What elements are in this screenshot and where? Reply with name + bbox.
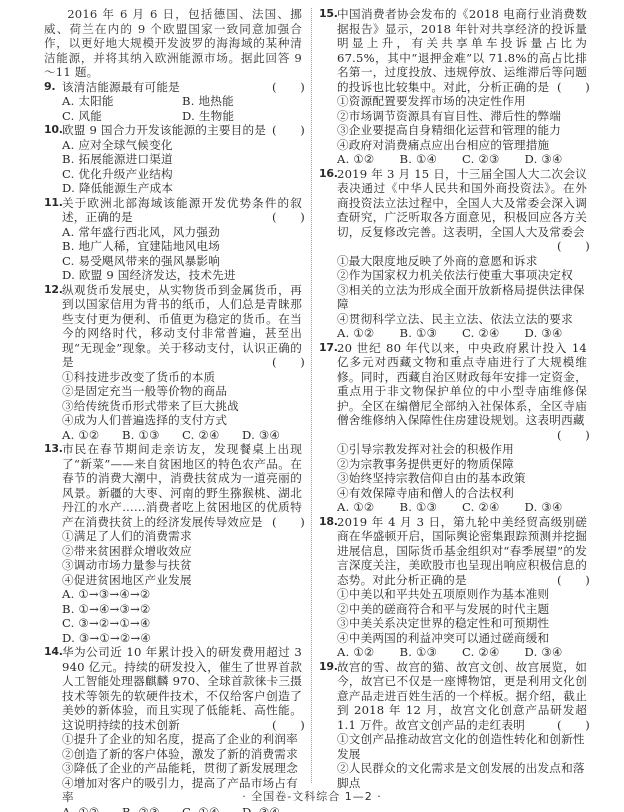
- option-a: A. 应对全球气候变化: [62, 138, 302, 153]
- option-a: A. 常年盛行西北风，风力强劲: [62, 225, 302, 240]
- statement-2: ②是固定充当一般等价物的商品: [62, 384, 302, 399]
- statement-2: ②为宗教事务提供更好的物质保障: [337, 457, 587, 472]
- statement-2: ②创造了新的客户体验，激发了新的消费需求: [62, 747, 302, 762]
- option-c: C. ①④: [182, 805, 242, 812]
- option-d: D. ③④: [525, 152, 588, 167]
- statement-1: ①中美以和平共处五项原则作为基本准则: [337, 587, 587, 602]
- option-c: C. 易受飓风带来的强风暴影响: [62, 254, 302, 269]
- option-b: B. ①④: [400, 152, 463, 167]
- statement-2: ②中美的磋商符合和平与发展的时代主题: [337, 602, 587, 617]
- option-b: B. 地广人稀，宜建陆地风电场: [62, 239, 302, 254]
- option-b: B. ①③: [400, 326, 463, 341]
- stem-text: 中国消费者协会发布的《2018 电商行业消费数据报告》显示，2018 年针对共享…: [337, 7, 587, 94]
- stem-text: 2019 年 3 月 15 日，十三届全国人大二次会议表决通过《中华人民共和国外…: [337, 167, 587, 239]
- page-footer: · 全国卷-文科综合 1—2 ·: [0, 788, 624, 804]
- stem-text: 华为公司近 10 年累计投入的研发费用超过 3 940 亿元。持续的研发投入，催…: [62, 645, 302, 732]
- option-d: D. 欧盟 9 国经济发达，技术先进: [62, 268, 302, 283]
- statement-1: ①资源配置要发挥市场的决定性作用: [337, 94, 587, 109]
- answer-blank: ( ): [557, 80, 587, 95]
- statement-4: ④中美两国的利益冲突可以通过磋商缓和: [337, 631, 587, 646]
- answer-blank: ( ): [272, 123, 302, 138]
- answer-blank: ( ): [557, 239, 587, 254]
- option-a: A. ①②: [337, 500, 400, 515]
- question-10: 10. 欧盟 9 国合力开发该能源的主要目的是( ) A. 应对全球气候变化 B…: [44, 123, 302, 196]
- question-15: 15. 中国消费者协会发布的《2018 电商行业消费数据报告》显示，2018 年…: [319, 7, 587, 167]
- option-d: D. ③④: [525, 500, 588, 515]
- answer-blank: ( ): [272, 718, 302, 733]
- option-c: C. ②④: [462, 500, 525, 515]
- answer-blank: ( ): [272, 355, 302, 370]
- statement-3: ③始终坚持宗教信仰自由的基本政策: [337, 471, 587, 486]
- answer-blank: ( ): [557, 573, 587, 588]
- statement-3: ③降低了企业的产品能耗，贯彻了新发展理念: [62, 761, 302, 776]
- option-a: A. ①②: [337, 645, 400, 660]
- statement-2: ②带来贫困群众增收效应: [62, 544, 302, 559]
- option-b: B. ②③: [122, 805, 182, 812]
- answer-blank: ( ): [272, 80, 302, 95]
- question-stem: 2019 年 3 月 15 日，十三届全国人大二次会议表决通过《中华人民共和国外…: [337, 167, 587, 254]
- statement-4: ④政府对消费痛点应出台相应的管理措施: [337, 138, 587, 153]
- statement-3: ③中美关系决定世界的稳定性和可预期性: [337, 616, 587, 631]
- question-11: 11. 关于欧洲北部海域该能源开发优势条件的叙述，正确的是( ) A. 常年盛行…: [44, 196, 302, 283]
- statement-1: ①科技进步改变了货币的本质: [62, 370, 302, 385]
- question-stem: 2019 年 4 月 3 日，第九轮中美经贸高级别磋商在华盛顿开启，国际舆论密集…: [337, 515, 587, 588]
- question-number: 15.: [319, 7, 338, 22]
- option-d: D. 降低能源生产成本: [62, 181, 302, 196]
- option-c: C. ②④: [462, 645, 525, 660]
- stem-text: 市民在春节期间走亲访友，发现餐桌上出现了“新菜”——来自贫困地区的特色农产品。在…: [62, 442, 302, 529]
- question-number: 19.: [319, 660, 338, 675]
- option-b: B. ①→④→③→②: [62, 602, 302, 617]
- option-c: C. 优化升级产业结构: [62, 167, 302, 182]
- stem-text: 欧盟 9 国合力开发该能源的主要目的是: [62, 123, 266, 137]
- option-c: C. ②④: [182, 428, 242, 443]
- question-9: 9. 该清洁能源最有可能是( ) A. 太阳能 B. 地热能 C. 风能 D. …: [44, 80, 302, 124]
- statement-1: ①满足了人们的消费需求: [62, 529, 302, 544]
- question-stem: 20 世纪 80 年代以来，中央政府累计投入 14 亿多元对西藏文物和重点寺庙进…: [337, 341, 587, 443]
- stem-text: 该清洁能源最有可能是: [62, 80, 180, 94]
- statement-4: ④成为人们普遍选择的支付方式: [62, 413, 302, 428]
- stem-text: 故宫的雪、故宫的猫、故宫文创、故宫展览，如今，故宫已不仅是一座博物馆，更是利用文…: [337, 660, 587, 732]
- option-d: D. 生物能: [182, 109, 302, 124]
- stem-text: 关于欧洲北部海域该能源开发优势条件的叙述，正确的是: [62, 196, 302, 225]
- stem-text: 2019 年 4 月 3 日，第九轮中美经贸高级别磋商在华盛顿开启，国际舆论密集…: [337, 515, 587, 587]
- statement-4: ④贯彻科学立法、民主立法、依法立法的要求: [337, 312, 587, 327]
- options: A. ①② B. ②③ C. ①④ D. ③④: [62, 805, 302, 812]
- question-12: 12. 纵观货币发展史，从实物货币到金属货币，再到以国家信用为背书的纸币，人们总…: [44, 283, 302, 443]
- left-column: 2016 年 6 月 6 日，包括德国、法国、挪威、荷兰在内的 9 个欧盟国家一…: [44, 7, 302, 812]
- question-number: 17.: [319, 341, 338, 356]
- statement-3: ③企业要提高自身精细化运营和管理的能力: [337, 123, 587, 138]
- option-d: D. ③④: [525, 326, 588, 341]
- right-column: 15. 中国消费者协会发布的《2018 电商行业消费数据报告》显示，2018 年…: [319, 7, 587, 790]
- option-b: B. ①③: [400, 645, 463, 660]
- option-d: D. ③→①→②→④: [62, 631, 302, 646]
- statement-2: ②人民群众的文化需求是文创发展的出发点和落脚点: [337, 761, 587, 790]
- question-stem: 纵观货币发展史，从实物货币到金属货币，再到以国家信用为背书的纸币，人们总是青睐那…: [62, 283, 302, 370]
- statement-3: ③相关的立法为形成全面开放新格局提供法律保障: [337, 283, 587, 312]
- options: A. ①② B. ①③ C. ②④ D. ③④: [337, 645, 587, 660]
- option-b: B. ①③: [122, 428, 182, 443]
- option-a: A. ①②: [337, 326, 400, 341]
- option-b: B. 地热能: [182, 94, 302, 109]
- stem-text: 20 世纪 80 年代以来，中央政府累计投入 14 亿多元对西藏文物和重点寺庙进…: [337, 341, 587, 428]
- statement-2: ②市场调节资源具有盲目性、滞后性的弊端: [337, 109, 587, 124]
- question-stem: 中国消费者协会发布的《2018 电商行业消费数据报告》显示，2018 年针对共享…: [337, 7, 587, 94]
- question-number: 18.: [319, 515, 338, 530]
- question-number: 9.: [44, 80, 55, 95]
- option-a: A. ①②: [62, 428, 122, 443]
- question-stem: 故宫的雪、故宫的猫、故宫文创、故宫展览，如今，故宫已不仅是一座博物馆，更是利用文…: [337, 660, 587, 733]
- question-stem: 欧盟 9 国合力开发该能源的主要目的是( ): [62, 123, 302, 138]
- option-a: A. ①→③→④→②: [62, 587, 302, 602]
- question-stem: 该清洁能源最有可能是( ): [62, 80, 302, 95]
- option-d: D. ③④: [242, 805, 302, 812]
- option-a: A. ①②: [337, 152, 400, 167]
- option-b: B. ①③: [400, 500, 463, 515]
- question-17: 17. 20 世纪 80 年代以来，中央政府累计投入 14 亿多元对西藏文物和重…: [319, 341, 587, 515]
- question-14: 14. 华为公司近 10 年累计投入的研发费用超过 3 940 亿元。持续的研发…: [44, 645, 302, 812]
- question-16: 16. 2019 年 3 月 15 日，十三届全国人大二次会议表决通过《中华人民…: [319, 167, 587, 341]
- answer-blank: ( ): [272, 210, 302, 225]
- option-c: C. ②④: [462, 326, 525, 341]
- options: A. ①② B. ①④ C. ②③ D. ③④: [337, 152, 587, 167]
- option-d: D. ③④: [242, 428, 302, 443]
- statement-3: ③调动市场力量参与扶贫: [62, 558, 302, 573]
- options: A. ①② B. ①③ C. ②④ D. ③④: [337, 500, 587, 515]
- question-number: 10.: [44, 123, 63, 138]
- answer-blank: ( ): [557, 718, 587, 733]
- options: A. 太阳能 B. 地热能 C. 风能 D. 生物能: [62, 94, 302, 123]
- option-c: C. ③→②→①→④: [62, 616, 302, 631]
- stem-text: 纵观货币发展史，从实物货币到金属货币，再到以国家信用为背书的纸币，人们总是青睐那…: [62, 283, 302, 370]
- answer-blank: ( ): [272, 515, 302, 530]
- question-number: 16.: [319, 167, 338, 182]
- question-stem: 华为公司近 10 年累计投入的研发费用超过 3 940 亿元。持续的研发投入，催…: [62, 645, 302, 732]
- statement-2: ②作为国家权力机关依法行使重大事项决定权: [337, 268, 587, 283]
- passage-intro: 2016 年 6 月 6 日，包括德国、法国、挪威、荷兰在内的 9 个欧盟国家一…: [44, 7, 302, 80]
- question-number: 12.: [44, 283, 63, 298]
- option-a: A. ①②: [62, 805, 122, 812]
- option-d: D. ③④: [525, 645, 588, 660]
- statement-1: ①文创产品推动故宫文化的创造性转化和创新性发展: [337, 732, 587, 761]
- option-b: B. 拓展能源进口渠道: [62, 152, 302, 167]
- exam-page: 2016 年 6 月 6 日，包括德国、法国、挪威、荷兰在内的 9 个欧盟国家一…: [0, 0, 624, 812]
- statement-1: ①提升了企业的知名度，提高了企业的利润率: [62, 732, 302, 747]
- question-number: 13.: [44, 442, 63, 457]
- options: A. ①② B. ①③ C. ②④ D. ③④: [337, 326, 587, 341]
- statement-4: ④促进贫困地区产业发展: [62, 573, 302, 588]
- options: A. ①② B. ①③ C. ②④ D. ③④: [62, 428, 302, 443]
- column-divider: [311, 8, 312, 783]
- statement-4: ④有效保障寺庙和僧人的合法权利: [337, 486, 587, 501]
- option-c: C. ②③: [462, 152, 525, 167]
- question-19: 19. 故宫的雪、故宫的猫、故宫文创、故宫展览，如今，故宫已不仅是一座博物馆，更…: [319, 660, 587, 791]
- question-number: 11.: [44, 196, 63, 211]
- question-13: 13. 市民在春节期间走亲访友，发现餐桌上出现了“新菜”——来自贫困地区的特色农…: [44, 442, 302, 645]
- question-18: 18. 2019 年 4 月 3 日，第九轮中美经贸高级别磋商在华盛顿开启，国际…: [319, 515, 587, 660]
- question-stem: 关于欧洲北部海域该能源开发优势条件的叙述，正确的是( ): [62, 196, 302, 225]
- option-c: C. 风能: [62, 109, 182, 124]
- statement-3: ③给传统货币形式带来了巨大挑战: [62, 399, 302, 414]
- statement-1: ①引导宗教发挥对社会的积极作用: [337, 442, 587, 457]
- option-a: A. 太阳能: [62, 94, 182, 109]
- question-number: 14.: [44, 645, 63, 660]
- statement-1: ①最大限度地反映了外商的意愿和诉求: [337, 254, 587, 269]
- answer-blank: ( ): [557, 428, 587, 443]
- question-stem: 市民在春节期间走亲访友，发现餐桌上出现了“新菜”——来自贫困地区的特色农产品。在…: [62, 442, 302, 529]
